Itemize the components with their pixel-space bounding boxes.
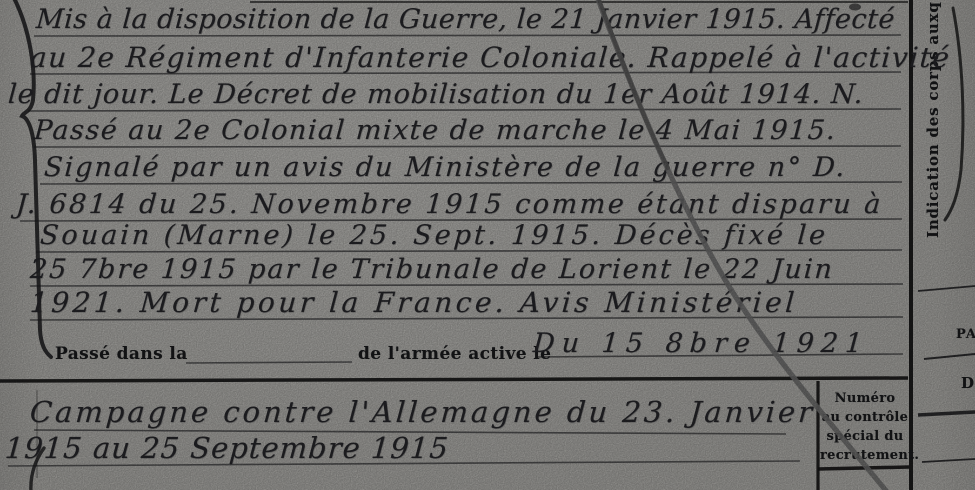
control-box-line: spécial du (820, 427, 910, 446)
column-label-bracket (945, 8, 963, 220)
handwritten-line: au 2e Régiment d'Infanterie Coloniale. R… (29, 43, 952, 73)
adjacent-column-fragment: D (961, 374, 974, 392)
control-box-line: recrutement. (820, 446, 910, 465)
printed-label-passe-dans-la: Passé dans la (55, 344, 188, 364)
handwritten-line: 25 7bre 1915 par le Tribunale de Lorient… (29, 255, 835, 285)
handwritten-line: Mis à la disposition de la Guerre, le 21… (35, 5, 896, 35)
recruitment-control-box: Numéro au contrôle spécial du recrutemen… (820, 389, 910, 465)
handwritten-line: Passé au 2e Colonial mixte de marche le … (33, 116, 837, 146)
adjacent-column-fragment: PA (956, 327, 975, 342)
printed-label-armee-active: de l'armée active le (358, 344, 551, 364)
handwritten-line: 1921. Mort pour la France. Avis Ministér… (29, 288, 799, 318)
vertical-column-label: Indication des corps auxq (924, 0, 942, 238)
handwritten-line: Campagne contre l'Allemagne du 23. Janvi… (29, 397, 816, 427)
handwritten-line: le dit jour. Le Décret de mobilisation d… (7, 80, 865, 110)
handwritten-line: Signalé par un avis du Ministère de la g… (43, 153, 848, 183)
document-scan: Indication des corps auxq PA D Numéro au… (0, 0, 975, 490)
handwritten-line: J. 6814 du 25. Novembre 1915 comme étant… (15, 190, 884, 220)
handwritten-date: Du 15 8bre 1921 (532, 329, 870, 359)
handwritten-line: 1915 au 25 Septembre 1915 (4, 433, 450, 463)
control-box-line: au contrôle (820, 408, 910, 427)
handwritten-line: Souain (Marne) le 25. Sept. 1915. Décès … (39, 221, 829, 251)
control-box-line: Numéro (820, 389, 910, 408)
